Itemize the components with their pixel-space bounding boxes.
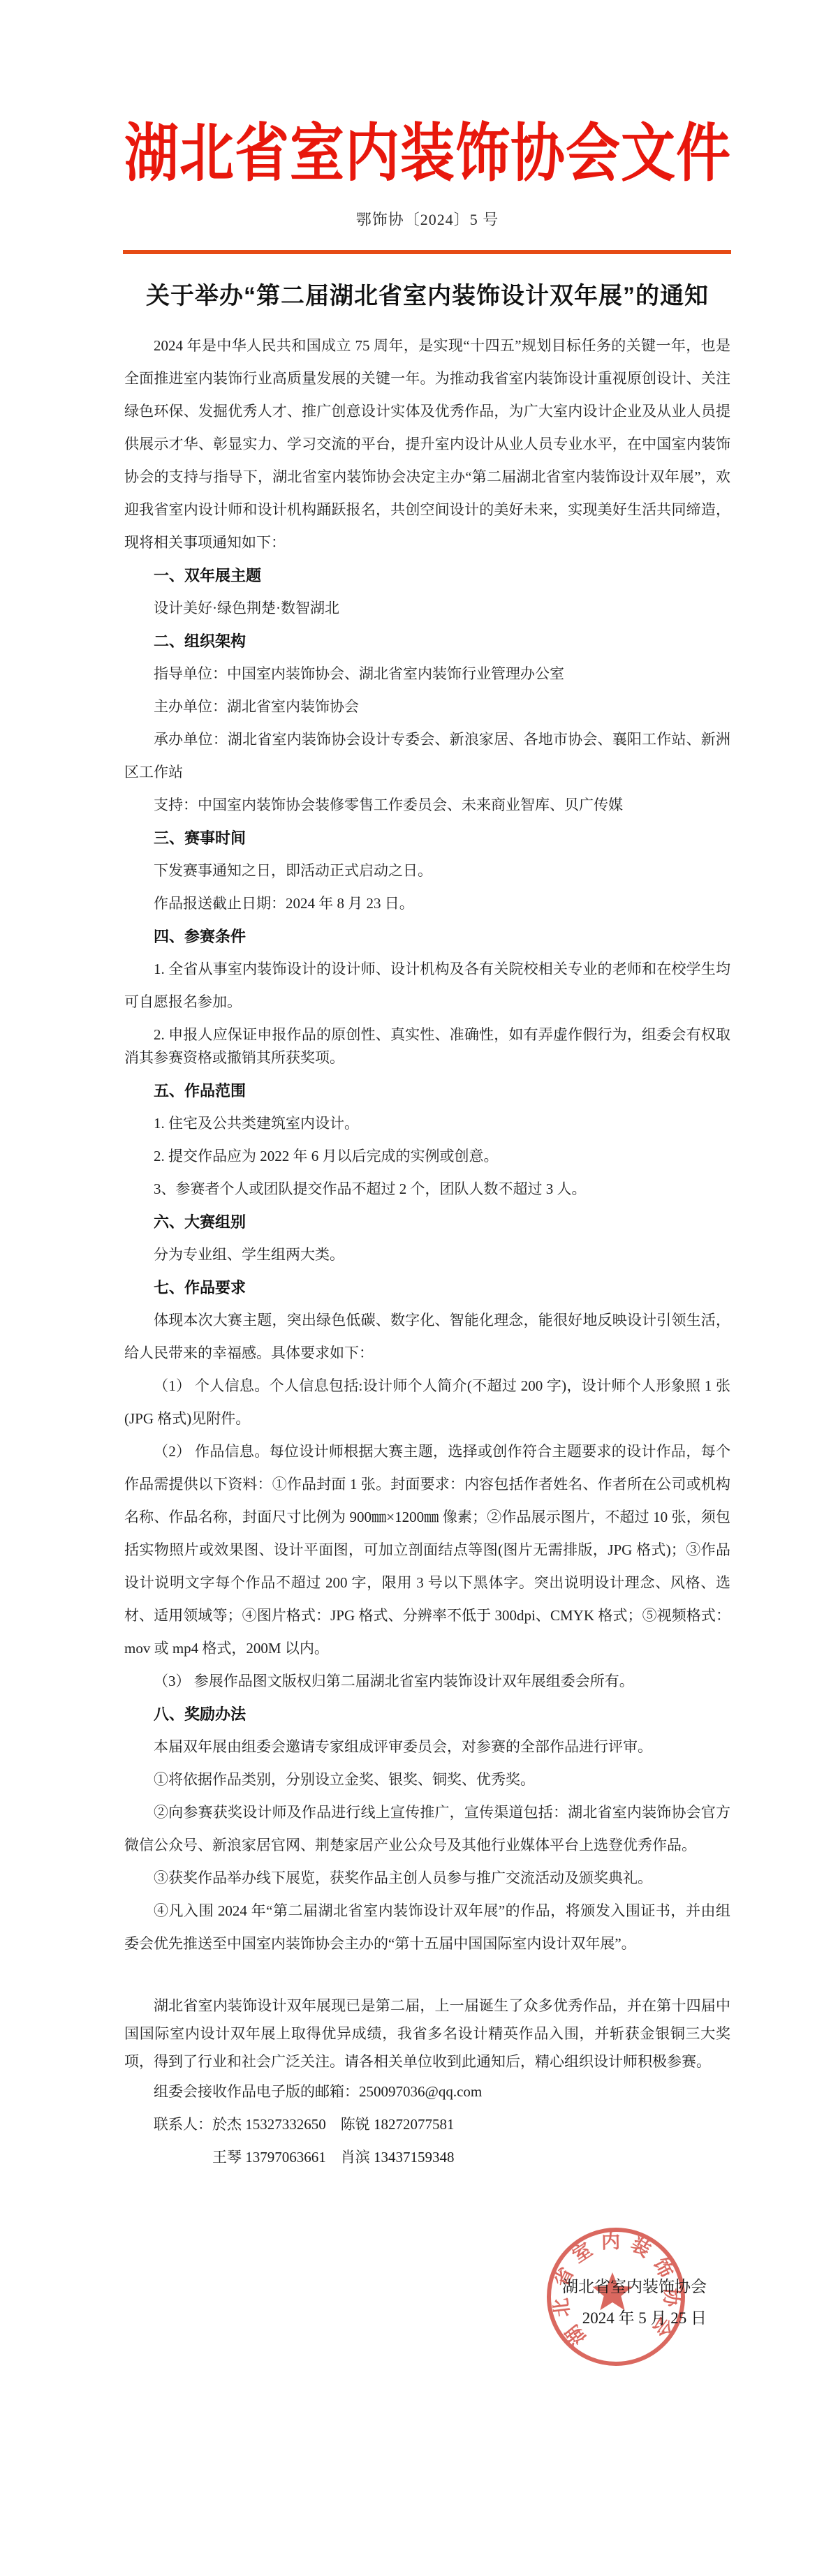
- section-heading-5: 五、作品范围: [124, 1074, 730, 1107]
- organizer-unit-line: 承办单位：湖北省室内装饰协会设计专委会、新浪家居、各地市协会、襄阳工作站、新洲区…: [124, 723, 730, 789]
- section-heading-1: 一、双年展主题: [124, 559, 730, 592]
- closing-paragraph: 湖北省室内装饰设计双年展现已是第二届，上一届诞生了众多优秀作品，并在第十四届中国…: [124, 1992, 730, 2075]
- section-heading-7: 七、作品要求: [124, 1271, 730, 1304]
- contact-line-1: 联系人：於杰 15327332650 陈锐 18272077581: [124, 2108, 730, 2141]
- start-date-line: 下发赛事通知之日，即活动正式启动之日。: [124, 854, 730, 887]
- letterhead: 湖北省室内装饰协会文件: [124, 109, 730, 187]
- scope-item-1: 1. 住宅及公共类建筑室内设计。: [124, 1107, 730, 1140]
- section-heading-8: 八、奖励办法: [124, 1698, 730, 1731]
- requirement-item-2: （2） 作品信息。每位设计师根据大赛主题，选择或创作符合主题要求的设计作品，每个…: [124, 1435, 730, 1665]
- email-line: 组委会接收作品电子版的邮箱：250097036@qq.com: [124, 2075, 730, 2108]
- scope-item-3: 3、参赛者个人或团队提交作品不超过 2 个，团队人数不超过 3 人。: [124, 1173, 730, 1206]
- requirement-intro: 体现本次大赛主题，突出绿色低碳、数字化、智能化理念，能很好地反映设计引领生活，给…: [124, 1304, 730, 1370]
- section-heading-3: 三、赛事时间: [124, 822, 730, 854]
- signature-date: 2024 年 5 月 25 日: [0, 2302, 707, 2334]
- scope-item-2: 2. 提交作品应为 2022 年 6 月以后完成的实例或创意。: [124, 1140, 730, 1173]
- section-heading-4: 四、参赛条件: [124, 920, 730, 953]
- theme-line: 设计美好·绿色荆楚·数智湖北: [124, 592, 730, 625]
- group-line: 分为专业组、学生组两大类。: [124, 1238, 730, 1271]
- section-heading-6: 六、大赛组别: [124, 1206, 730, 1238]
- award-item-3: ③获奖作品举办线下展览，获奖作品主创人员参与推广交流活动及颁奖典礼。: [124, 1862, 730, 1895]
- contact-line-2: 王琴 13797063661 肖滨 13437159348: [124, 2141, 730, 2174]
- award-intro: 本届双年展由组委会邀请专家组成评审委员会，对参赛的全部作品进行评审。: [124, 1731, 730, 1763]
- intro-paragraph: 2024 年是中华人民共和国成立 75 周年，是实现“十四五”规划目标任务的关键…: [124, 330, 730, 559]
- section-heading-2: 二、组织架构: [124, 625, 730, 658]
- award-item-4: ④凡入围 2024 年“第二届湖北省室内装饰设计双年展”的作品，将颁发入围证书，…: [124, 1895, 730, 1960]
- requirement-item-1: （1） 个人信息。个人信息包括:设计师个人简介(不超过 200 字)，设计师个人…: [124, 1370, 730, 1435]
- red-separator-rule: [123, 250, 731, 254]
- condition-item-1: 1. 全省从事室内装饰设计的设计师、设计机构及各有关院校相关专业的老师和在校学生…: [124, 953, 730, 1019]
- condition-item-2: 2. 申报人应保证申报作品的原创性、真实性、准确性，如有弄虚作假行为，组委会有权…: [124, 1019, 730, 1074]
- signature-block: 湖北省室内装饰协会 2024 年 5 月 25 日: [0, 2271, 707, 2334]
- document-title: 关于举办“第二届湖北省室内装饰设计双年展”的通知: [103, 276, 751, 311]
- doc-number: 鄂饰协〔2024〕5 号: [124, 208, 730, 230]
- guide-unit-line: 指导单位：中国室内装饰协会、湖北省室内装饰行业管理办公室: [124, 658, 730, 690]
- support-unit-line: 支持：中国室内装饰协会装修零售工作委员会、未来商业智库、贝广传媒: [124, 789, 730, 822]
- letterhead-title: 湖北省室内装饰协会文件: [124, 103, 731, 193]
- document-page: 湖北省室内装饰协会文件 鄂饰协〔2024〕5 号 关于举办“第二届湖北省室内装饰…: [0, 0, 831, 2576]
- award-item-2: ②向参赛获奖设计师及作品进行线上宣传推广，宣传渠道包括：湖北省室内装饰协会官方微…: [124, 1796, 730, 1862]
- host-unit-line: 主办单位：湖北省室内装饰协会: [124, 690, 730, 723]
- award-item-1: ①将依据作品类别，分别设立金奖、银奖、铜奖、优秀奖。: [124, 1763, 730, 1796]
- document-body: 2024 年是中华人民共和国成立 75 周年，是实现“十四五”规划目标任务的关键…: [124, 330, 730, 2174]
- signature-org: 湖北省室内装饰协会: [0, 2271, 707, 2302]
- deadline-line: 作品报送截止日期：2024 年 8 月 23 日。: [124, 887, 730, 920]
- requirement-item-3: （3） 参展作品图文版权归第二届湖北省室内装饰设计双年展组委会所有。: [124, 1665, 730, 1698]
